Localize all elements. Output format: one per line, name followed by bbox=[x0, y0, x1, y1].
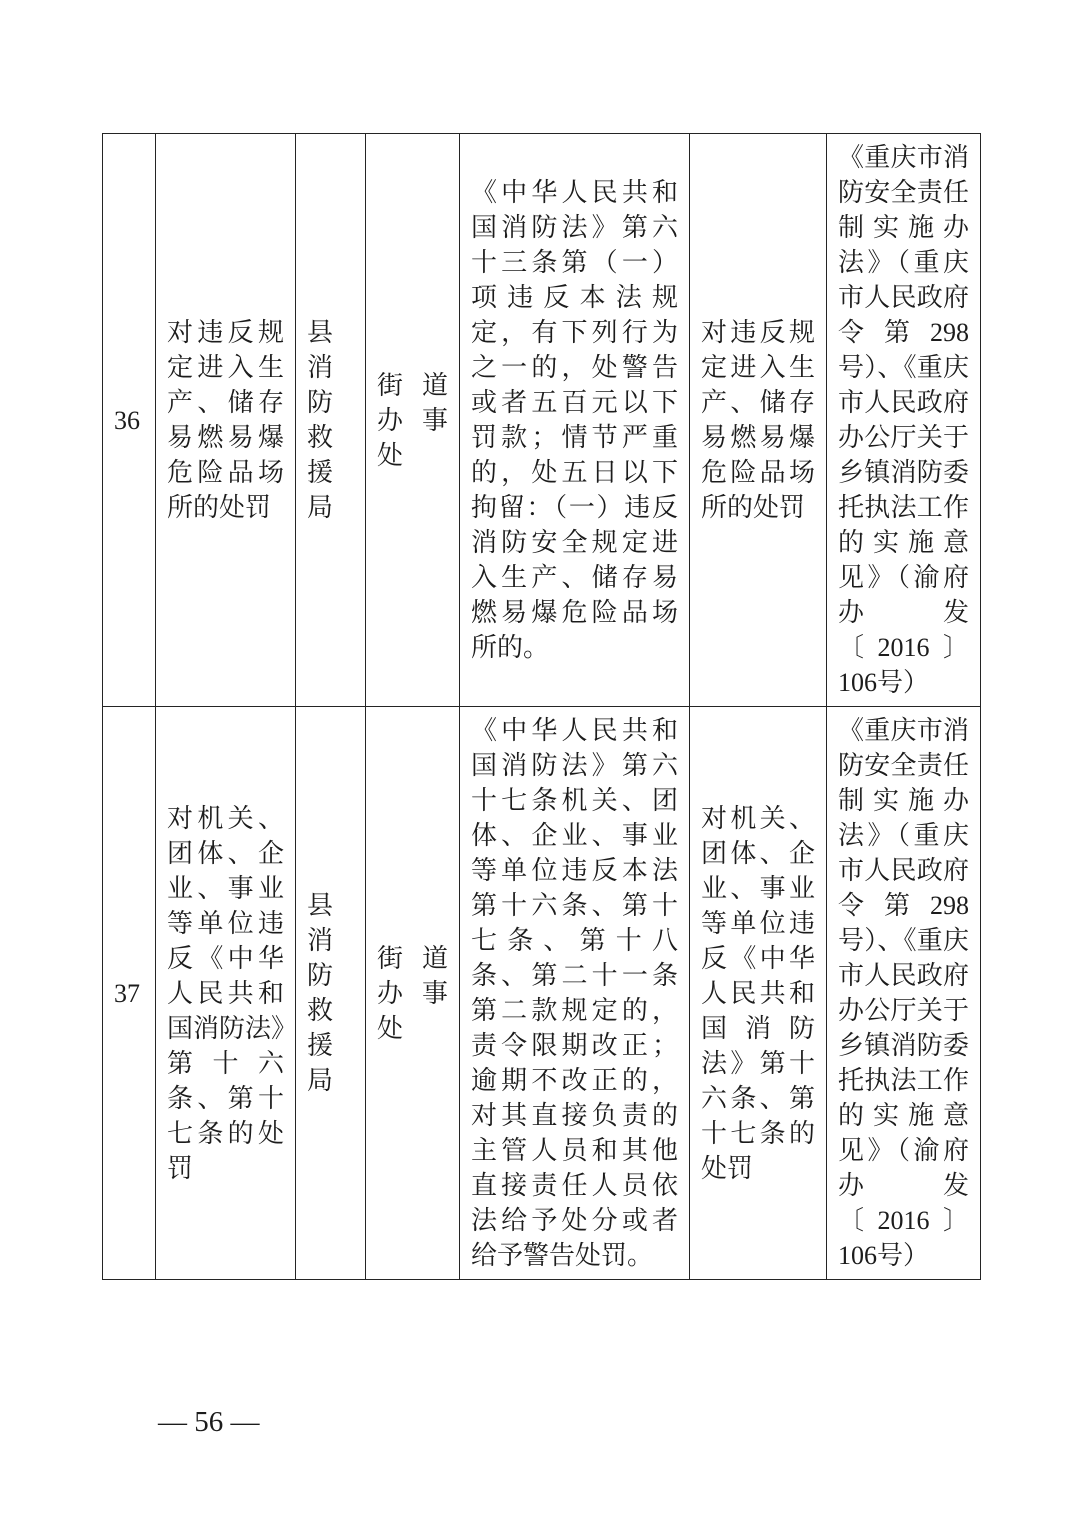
document-page: 36 对违反规定进入生产、储存易燃易爆危险品场所的处罚 县消防救援局 街道办事处… bbox=[0, 0, 1074, 1520]
implementer-cell: 县消防救援局 bbox=[296, 707, 366, 1280]
other-basis-cell: 《重庆市消防安全责任制实施办法》（重庆市人民政府令第298号）、《重庆市人民政府… bbox=[827, 134, 981, 707]
table-row-37: 37 对机关、团体、企业、事业等单位违反《中华人民共和国消防法》第十六条、第十七… bbox=[103, 707, 981, 1280]
legal-basis-cell: 《中华人民共和国消防法》第六十七条机关、团体、企业、事业等单位违反本法第十六条、… bbox=[460, 707, 690, 1280]
seq-cell: 37 bbox=[103, 707, 156, 1280]
item-name-cell: 对机关、团体、企业、事业等单位违反《中华人民共和国消防法》第十六条、第十七条的处… bbox=[156, 707, 296, 1280]
implementer-cell: 县消防救援局 bbox=[296, 134, 366, 707]
other-basis-cell: 《重庆市消防安全责任制实施办法》（重庆市人民政府令第298号）、《重庆市人民政府… bbox=[827, 707, 981, 1280]
delegated-to-cell: 街道办事处 bbox=[366, 707, 460, 1280]
item-repeat-cell: 对违反规定进入生产、储存易燃易爆危险品场所的处罚 bbox=[690, 134, 827, 707]
item-repeat-cell: 对机关、团体、企业、事业等单位违反《中华人民共和国消防法》第十六条、第十七条的处… bbox=[690, 707, 827, 1280]
item-name-cell: 对违反规定进入生产、储存易燃易爆危险品场所的处罚 bbox=[156, 134, 296, 707]
legal-basis-cell: 《中华人民共和国消防法》第六十三条第（一）项违反本法规定，有下列行为之一的，处警… bbox=[460, 134, 690, 707]
delegated-to-cell: 街道办事处 bbox=[366, 134, 460, 707]
table-row-36: 36 对违反规定进入生产、储存易燃易爆危险品场所的处罚 县消防救援局 街道办事处… bbox=[103, 134, 981, 707]
penalty-table: 36 对违反规定进入生产、储存易燃易爆危险品场所的处罚 县消防救援局 街道办事处… bbox=[102, 133, 981, 1280]
seq-cell: 36 bbox=[103, 134, 156, 707]
page-number: — 56 — bbox=[158, 1406, 260, 1439]
